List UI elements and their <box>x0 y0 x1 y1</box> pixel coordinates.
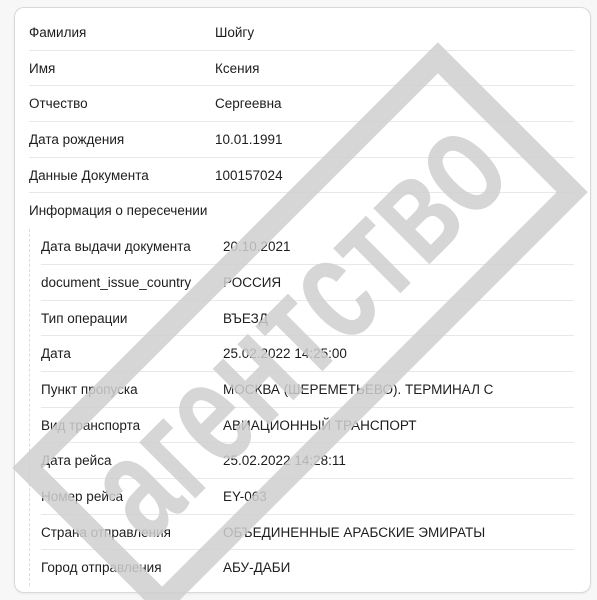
crossing-section: Дата выдачи документа 20.10.2021 documen… <box>29 229 574 586</box>
field-value: 20.10.2021 <box>223 229 291 264</box>
field-row-operation-type: Тип операции ВЪЕЗД <box>41 301 574 337</box>
field-row-name: Имя Ксения <box>29 51 574 87</box>
field-row-departure-country: Страна отправления ОБЪЕДИНЕННЫЕ АРАБСКИЕ… <box>41 515 574 551</box>
field-row-document-issue-date: Дата выдачи документа 20.10.2021 <box>41 229 574 265</box>
field-row-flight-number: Номер рейса EY-063 <box>41 479 574 515</box>
field-row-patronymic: Отчество Сергеевна <box>29 86 574 122</box>
crossing-section-title: Информация о пересечении <box>29 193 574 229</box>
field-label: Дата <box>41 336 71 371</box>
field-value: АВИАЦИОННЫЙ ТРАНСПОРТ <box>223 408 417 443</box>
record-card: Фамилия Шойгу Имя Ксения Отчество Сергее… <box>14 7 591 593</box>
field-row-birth-date: Дата рождения 10.01.1991 <box>29 122 574 158</box>
field-row-departure-city: Город отправления АБУ-ДАБИ <box>41 550 574 586</box>
field-row-date: Дата 25.02.2022 14:25:00 <box>41 336 574 372</box>
field-value: ОБЪЕДИНЕННЫЕ АРАБСКИЕ ЭМИРАТЫ <box>223 515 485 550</box>
record-fields: Фамилия Шойгу Имя Ксения Отчество Сергее… <box>29 15 574 586</box>
field-value: АБУ-ДАБИ <box>223 550 290 585</box>
field-label: Дата рейса <box>41 443 111 478</box>
field-label: Тип операции <box>41 301 127 336</box>
field-label: Отчество <box>29 86 88 121</box>
field-value: МОСКВА (ШЕРЕМЕТЬЕВО). ТЕРМИНАЛ С <box>223 372 493 407</box>
field-label: Данные Документа <box>29 158 149 193</box>
field-label: Дата выдачи документа <box>41 229 191 264</box>
field-row-document-issue-country: document_issue_country РОССИЯ <box>41 265 574 301</box>
field-row-flight-date: Дата рейса 25.02.2022 14:28:11 <box>41 443 574 479</box>
field-label: Номер рейса <box>41 479 123 514</box>
field-value: EY-063 <box>223 479 267 514</box>
field-label: Имя <box>29 51 55 86</box>
field-label: document_issue_country <box>41 265 191 300</box>
field-value: РОССИЯ <box>223 265 281 300</box>
field-label: Город отправления <box>41 550 162 585</box>
field-label: Фамилия <box>29 15 86 50</box>
field-value: 25.02.2022 14:25:00 <box>223 336 347 371</box>
field-row-surname: Фамилия Шойгу <box>29 15 574 51</box>
field-value: 25.02.2022 14:28:11 <box>223 443 346 478</box>
field-value: Шойгу <box>215 15 254 50</box>
field-label: Дата рождения <box>29 122 124 157</box>
field-label: Вид транспорта <box>41 408 140 443</box>
field-row-transport-type: Вид транспорта АВИАЦИОННЫЙ ТРАНСПОРТ <box>41 408 574 444</box>
field-value: ВЪЕЗД <box>223 301 268 336</box>
field-value: Сергеевна <box>215 86 282 121</box>
field-label: Пункт пропуска <box>41 372 138 407</box>
field-value: Ксения <box>215 51 259 86</box>
field-value: 100157024 <box>215 158 283 193</box>
field-row-checkpoint: Пункт пропуска МОСКВА (ШЕРЕМЕТЬЕВО). ТЕР… <box>41 372 574 408</box>
field-value: 10.01.1991 <box>215 122 283 157</box>
field-row-document: Данные Документа 100157024 <box>29 158 574 194</box>
field-label: Страна отправления <box>41 515 171 550</box>
